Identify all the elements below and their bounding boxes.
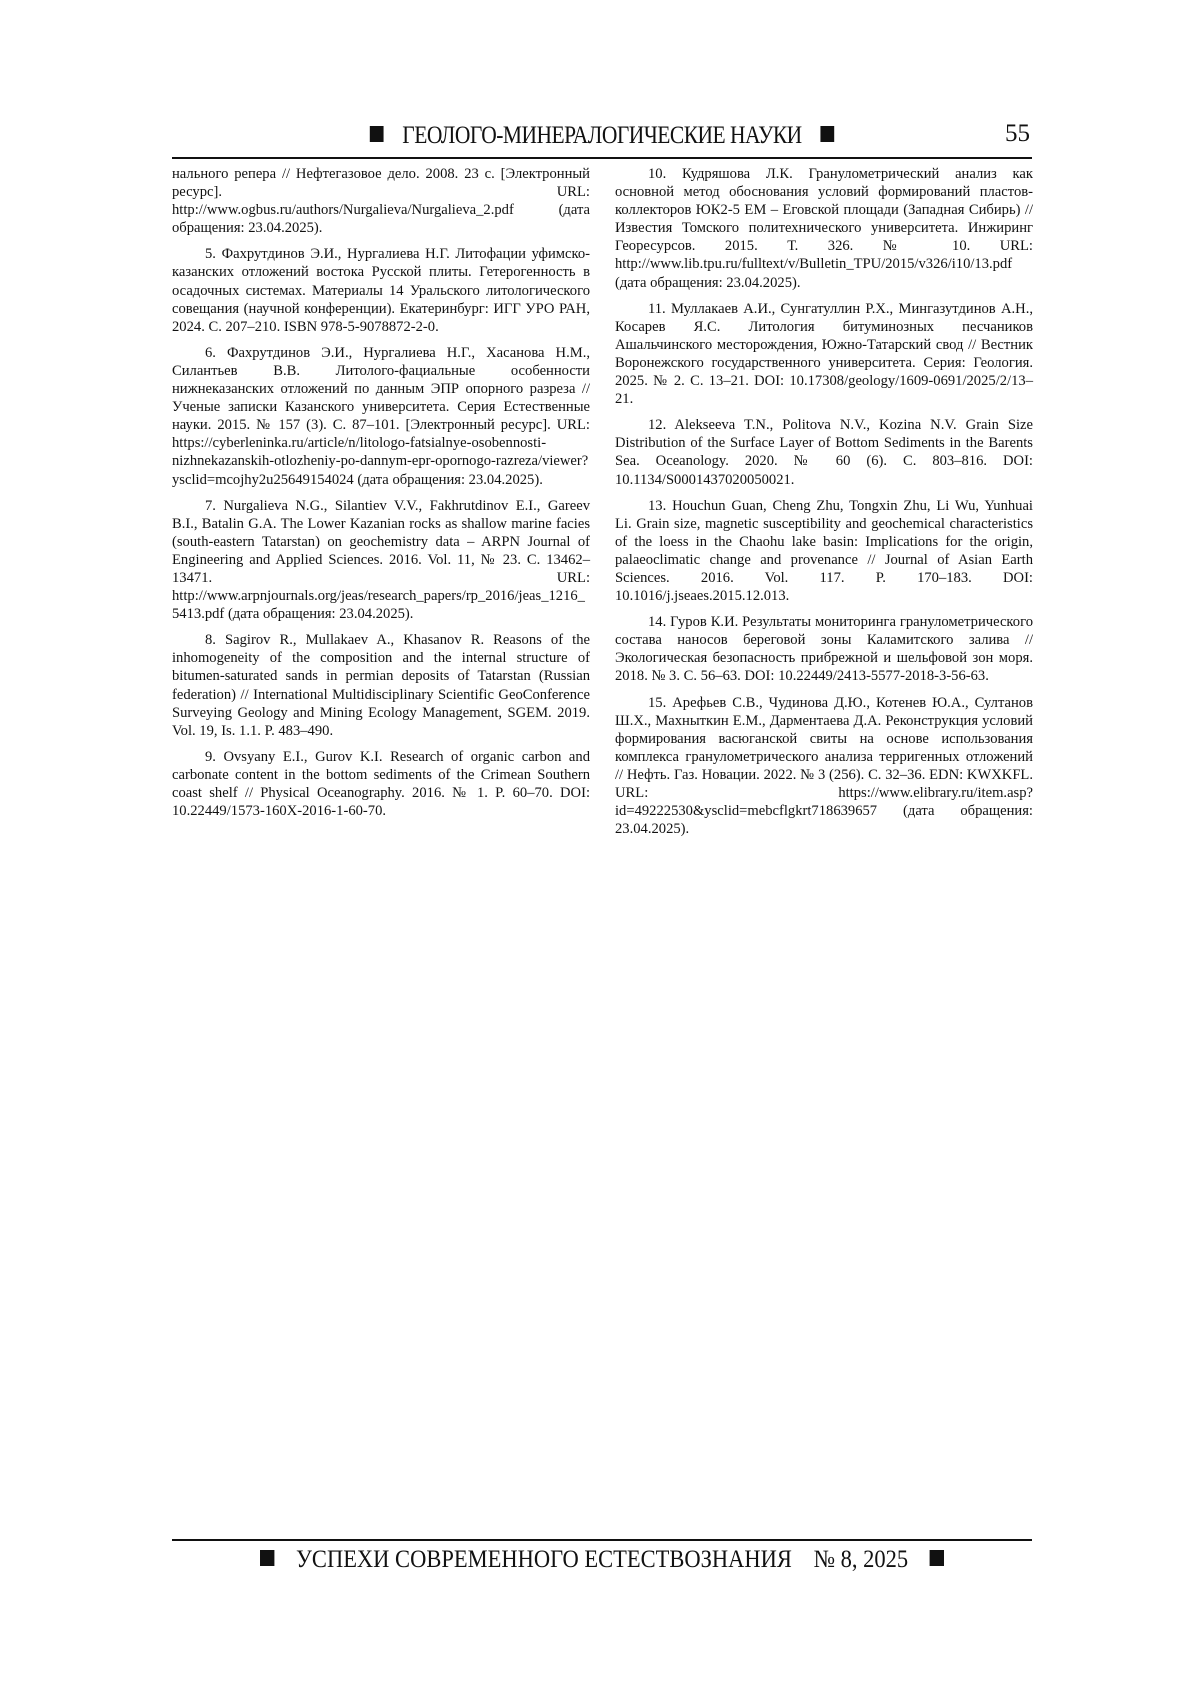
page-number: 55 <box>1005 120 1030 148</box>
reference-item-11: 11. Муллакаев А.И., Сунгатуллин Р.Х., Ми… <box>615 300 1033 409</box>
footer-title-wrap: УСПЕХИ СОВРЕМЕННОГО ЕСТЕСТВОЗНАНИЯ№ 8, 2… <box>260 1546 944 1574</box>
reference-continuation: нального репера // Нефтегазовое дело. 20… <box>172 165 590 237</box>
section-title: ГЕОЛОГО-МИНЕРАЛОГИЧЕСКИЕ НАУКИ <box>402 122 801 149</box>
square-bullet-icon <box>370 126 384 142</box>
journal-title: УСПЕХИ СОВРЕМЕННОГО ЕСТЕСТВОЗНАНИЯ <box>296 1546 792 1573</box>
issue-number: № 8, 2025 <box>813 1546 908 1573</box>
reference-item-15: 15. Арефьев С.В., Чудинова Д.Ю., Котенев… <box>615 694 1033 839</box>
reference-item-5: 5. Фахрутдинов Э.И., Нургалиева Н.Г. Лит… <box>172 245 590 335</box>
running-header: ГЕОЛОГО-МИНЕРАЛОГИЧЕСКИЕ НАУКИ 55 <box>172 120 1032 154</box>
reference-item-12: 12. Alekseeva T.N., Politova N.V., Kozin… <box>615 416 1033 488</box>
reference-item-14: 14. Гуров К.И. Результаты мониторинга гр… <box>615 613 1033 685</box>
left-column: нального репера // Нефтегазовое дело. 20… <box>172 165 590 828</box>
header-rule <box>172 157 1032 159</box>
reference-item-9: 9. Ovsyany E.I., Gurov K.I. Research of … <box>172 748 590 820</box>
footer-rule <box>172 1539 1032 1541</box>
reference-item-10: 10. Кудряшова Л.К. Гранулометрический ан… <box>615 165 1033 292</box>
reference-item-13: 13. Houchun Guan, Cheng Zhu, Tongxin Zhu… <box>615 497 1033 606</box>
square-bullet-icon <box>260 1550 274 1566</box>
reference-item-6: 6. Фахрутдинов Э.И., Нургалиева Н.Г., Ха… <box>172 344 590 489</box>
square-bullet-icon <box>821 126 835 142</box>
reference-item-7: 7. Nurgalieva N.G., Silantiev V.V., Fakh… <box>172 497 590 624</box>
header-title-wrap: ГЕОЛОГО-МИНЕРАЛОГИЧЕСКИЕ НАУКИ <box>232 122 972 150</box>
reference-item-8: 8. Sagirov R., Mullakaev A., Khasanov R.… <box>172 631 590 740</box>
square-bullet-icon <box>930 1550 944 1566</box>
running-footer: УСПЕХИ СОВРЕМЕННОГО ЕСТЕСТВОЗНАНИЯ№ 8, 2… <box>172 1546 1032 1580</box>
right-column: 10. Кудряшова Л.К. Гранулометрический ан… <box>615 165 1033 846</box>
